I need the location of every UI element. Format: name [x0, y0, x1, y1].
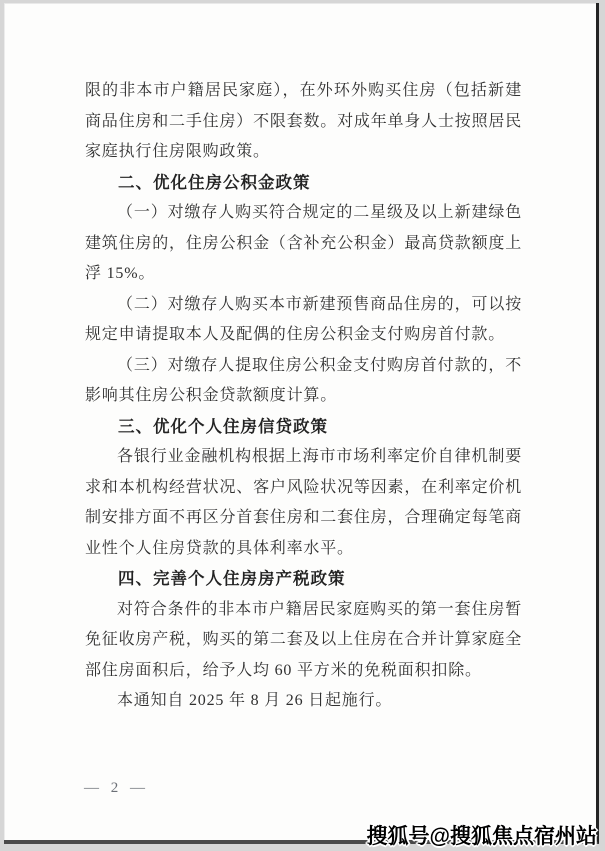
page-number: — 2 — [84, 780, 149, 797]
watermark-sohu-account: 搜狐号@搜狐焦点宿州站 [367, 820, 597, 850]
paragraph-item-1: （一）对缴存人购买符合规定的二星级及以上新建绿色建筑住房的，住房公积金（含补充公… [85, 198, 522, 290]
section-heading-credit-policy: 三、优化个人住房信贷政策 [85, 412, 522, 443]
section-heading-property-tax: 四、完善个人住房房产税政策 [85, 564, 522, 595]
section-heading-provident-fund: 二、优化住房公积金政策 [85, 168, 522, 199]
document-page: 限的非本市户籍居民家庭），在外环外购买住房（包括新建商品住房和二手住房）不限套数… [4, 3, 599, 844]
scanned-page-background: 限的非本市户籍居民家庭），在外环外购买住房（包括新建商品住房和二手住房）不限套数… [0, 0, 605, 851]
paragraph-credit-policy: 各银行业金融机构根据上海市市场利率定价自律机制要求和本机构经营状况、客户风险状况… [85, 442, 522, 564]
paragraph-property-tax: 对符合条件的非本市户籍居民家庭购买的第一套住房暂免征收房产税，购买的第二套及以上… [85, 595, 522, 687]
paragraph-effective-date: 本通知自 2025 年 8 月 26 日起施行。 [85, 686, 522, 717]
document-body: 限的非本市户籍居民家庭），在外环外购买住房（包括新建商品住房和二手住房）不限套数… [4, 3, 596, 717]
paragraph-continuation: 限的非本市户籍居民家庭），在外环外购买住房（包括新建商品住房和二手住房）不限套数… [85, 76, 522, 168]
paragraph-item-3: （三）对缴存人提取住房公积金支付购房首付款的，不影响其住房公积金贷款额度计算。 [85, 351, 522, 412]
paragraph-item-2: （二）对缴存人购买本市新建预售商品住房的，可以按规定申请提取本人及配偶的住房公积… [85, 290, 522, 351]
